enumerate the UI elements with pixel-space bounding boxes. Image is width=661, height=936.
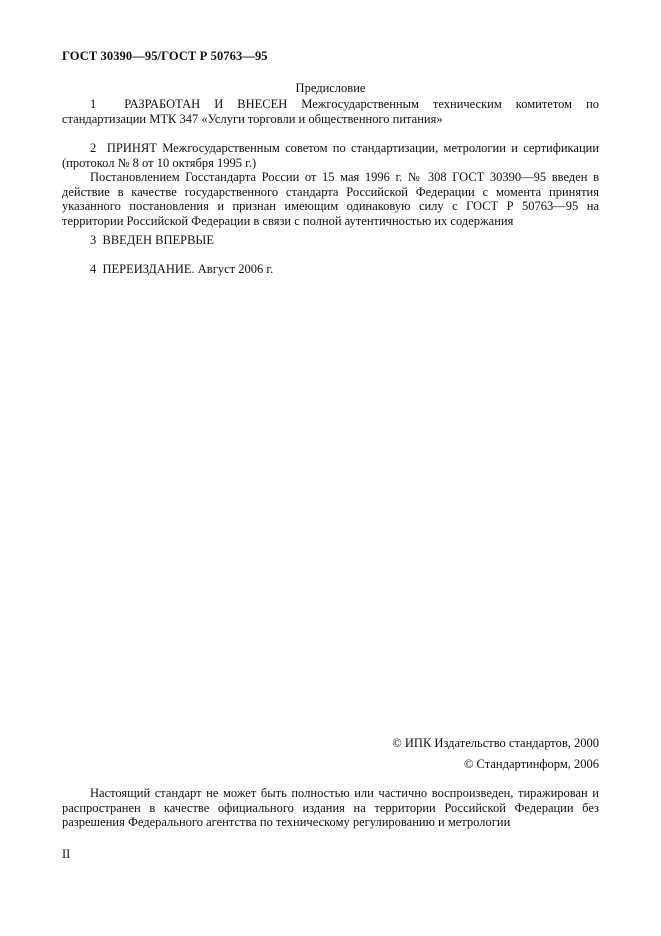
item-number: 3 xyxy=(90,233,96,247)
item-lead: РАЗРАБОТАН И ВНЕСЕН xyxy=(124,97,287,111)
item-lead: ВВЕДЕН ВПЕРВЫЕ xyxy=(103,233,214,247)
reproduction-notice: Настоящий стандарт не может быть полност… xyxy=(62,786,599,830)
section-title: Предисловие xyxy=(0,81,661,96)
foreword-item-2-continuation: Постановлением Госстандарта России от 15… xyxy=(62,170,599,228)
foreword-item-1: 1 РАЗРАБОТАН И ВНЕСЕН Межгосударственным… xyxy=(62,97,599,126)
running-header: ГОСТ 30390—95/ГОСТ Р 50763—95 xyxy=(62,49,268,64)
foreword-item-3: 3 ВВЕДЕН ВПЕРВЫЕ xyxy=(62,233,599,248)
item-continuation: Постановлением Госстандарта России от 15… xyxy=(62,170,599,228)
item-number: 4 xyxy=(90,262,96,276)
copyright-ipk: © ИПК Издательство стандартов, 2000 xyxy=(392,736,599,751)
page-number: II xyxy=(62,847,70,862)
item-lead: ПЕРЕИЗДАНИЕ. xyxy=(103,262,195,276)
foreword-item-4: 4 ПЕРЕИЗДАНИЕ. Август 2006 г. xyxy=(62,262,599,277)
copyright-standartinform: © Стандартинформ, 2006 xyxy=(464,757,599,772)
notice-text: Настоящий стандарт не может быть полност… xyxy=(62,786,599,829)
item-text: Август 2006 г. xyxy=(198,262,273,276)
foreword-item-2: 2 ПРИНЯТ Межгосударственным советом по с… xyxy=(62,141,599,170)
item-number: 2 xyxy=(90,141,96,155)
document-page: ГОСТ 30390—95/ГОСТ Р 50763—95 Предислови… xyxy=(0,0,661,936)
item-lead: ПРИНЯТ xyxy=(107,141,157,155)
item-number: 1 xyxy=(90,97,96,111)
